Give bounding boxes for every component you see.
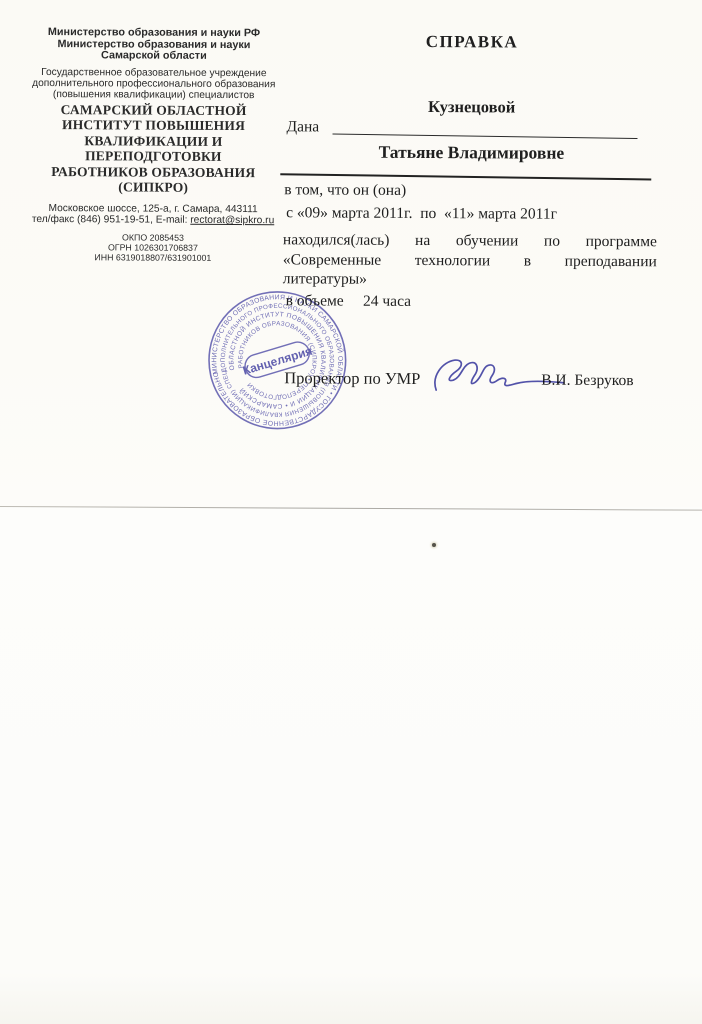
body-line: находился(лась) на обучении по программе	[283, 230, 657, 251]
institute-line: ПЕРЕПОДГОТОВКИ	[27, 148, 279, 165]
inn-code: ИНН 6319018807/631901001	[27, 252, 279, 263]
scan-speck	[432, 543, 436, 547]
institute-line: ИНСТИТУТ ПОВЫШЕНИЯ	[28, 117, 280, 134]
office-stamp-icon: МИНИСТЕРСТВО ОБРАЗОВАНИЯ И НАУКИ САМАРСК…	[190, 273, 365, 448]
institute-line: САМАРСКИЙ ОБЛАСТНОЙ	[28, 102, 280, 119]
institute-line: РАБОТНИКОВ ОБРАЗОВАНИЯ	[27, 164, 279, 181]
recipient-name-patronymic: Татьяне Владимировне	[283, 141, 659, 164]
fill-in-underline	[333, 134, 638, 140]
org-line: (повышения квалификации) специалистов	[28, 89, 280, 102]
confirmation-line: в том, что он (она)	[284, 181, 406, 200]
address-block: Московское шоссе, 125-а, г. Самара, 4431…	[27, 203, 279, 227]
ministry-block: Министерство образования и науки РФ Мини…	[28, 27, 280, 63]
training-description: находился(лась) на обучении по программе…	[283, 230, 657, 290]
document-title: СПРАВКА	[284, 31, 660, 53]
stamp-center-label: Канцелярия	[241, 344, 314, 378]
institute-name: САМАРСКИЙ ОБЛАСТНОЙ ИНСТИТУТ ПОВЫШЕНИЯ К…	[27, 102, 279, 196]
ministry-line: Самарской области	[28, 50, 280, 63]
institute-line: КВАЛИФИКАЦИИ И	[27, 133, 279, 150]
body-line: литературы»	[283, 269, 657, 290]
org-type-block: Государственное образовательное учрежден…	[28, 66, 280, 102]
recipient-surname: Кузнецовой	[284, 96, 660, 118]
phone-label: тел/факс (846) 951-19-51, E-mail:	[32, 214, 191, 226]
email-link: rectorat@sipkro.ru	[190, 215, 274, 226]
scanned-certificate-page: Министерство образования и науки РФ Мини…	[0, 0, 702, 1024]
letterhead: Министерство образования и науки РФ Мини…	[27, 27, 280, 263]
signature-ink-icon	[428, 354, 568, 405]
training-dates: с «09» марта 2011г. по «11» марта 2011г	[286, 204, 557, 223]
contact-line: тел/факс (846) 951-19-51, E-mail: rector…	[27, 214, 279, 227]
body-line: «Современные технологии в преподавании	[283, 250, 657, 271]
issued-to-label: Дана	[286, 118, 319, 136]
registry-codes: ОКПО 2085453 ОГРН 1026301706837 ИНН 6319…	[27, 233, 279, 263]
name-underline	[280, 173, 651, 180]
scanner-blank-area	[0, 508, 702, 1024]
institute-line: (СИПКРО)	[27, 179, 279, 196]
